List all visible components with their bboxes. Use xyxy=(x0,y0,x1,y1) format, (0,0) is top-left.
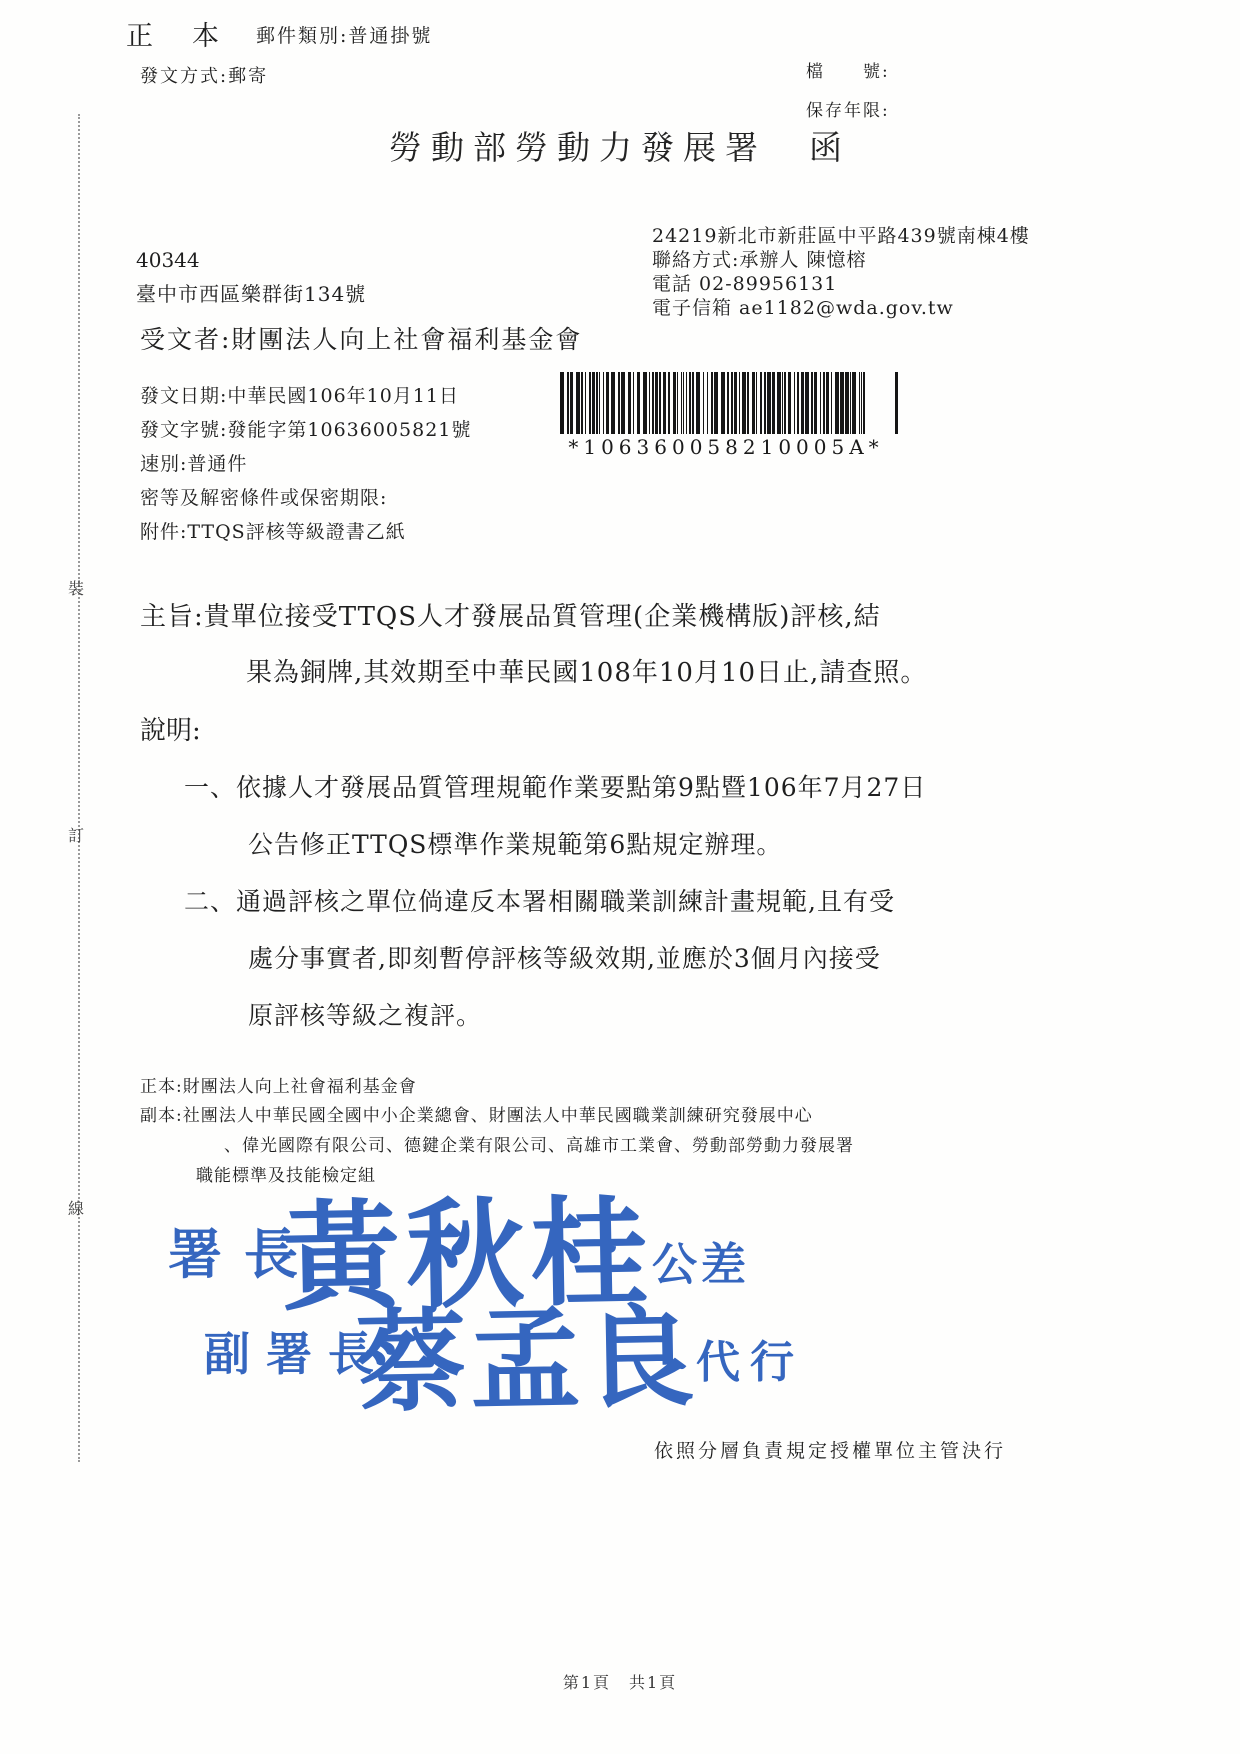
barcode-bars xyxy=(560,372,898,434)
sender-address: 24219新北市新莊區中平路439號南棟4樓 xyxy=(652,224,1030,248)
original-copy-line: 正本:財團法人向上社會福利基金會 xyxy=(140,1072,417,1097)
explanation-item1-line2: 公告修正TTQS標準作業規範第6點規定辦理。 xyxy=(248,825,782,861)
copy-type-label: 正 本 xyxy=(126,14,225,53)
barcode: *106360058210005A* xyxy=(560,372,892,464)
acting-on-behalf-note: 代行 xyxy=(696,1326,804,1390)
page-number: 第1頁 共1頁 xyxy=(0,1670,1240,1693)
binding-mark-ding: 訂 xyxy=(68,823,84,846)
document-title: 勞動部勞動力發展署 函 xyxy=(0,122,1240,169)
binding-dotted-line xyxy=(78,114,80,1462)
file-number-label: 檔 號: xyxy=(806,57,890,82)
binding-mark-zhuang: 裝 xyxy=(68,576,84,599)
issue-date: 發文日期:中華民國106年10月11日 xyxy=(140,381,459,408)
sender-contact-block: 24219新北市新莊區中平路439號南棟4樓 聯絡方式:承辦人 陳憶榕 電話 0… xyxy=(652,224,1030,320)
document-number: 發文字號:發能字第10636005821號 xyxy=(140,415,471,442)
explanation-item2-line3: 原評核等級之複評。 xyxy=(248,996,482,1032)
cc-line-1: 副本:社團法人中華民國全國中小企業總會、財團法人中華民國職業訓練研究發展中心 xyxy=(140,1101,813,1126)
authorization-note: 依照分層負責規定授權單位主管決行 xyxy=(654,1436,1006,1463)
subject-line-2: 果為銅牌,其效期至中華民國108年10月10日止,請查照。 xyxy=(246,652,927,689)
explanation-heading: 說明: xyxy=(140,710,201,747)
retention-period-label: 保存年限: xyxy=(806,96,890,121)
receiver-line: 受文者:財團法人向上社會福利基金會 xyxy=(140,320,582,356)
subject-line-1: 主旨:貴單位接受TTQS人才發展品質管理(企業機構版)評核,結 xyxy=(140,596,881,633)
explanation-item2-line2: 處分事實者,即刻暫停評核等級效期,並應於3個月內接受 xyxy=(248,939,881,975)
binding-mark-xian: 線 xyxy=(68,1196,84,1219)
barcode-text: *106360058210005A* xyxy=(560,435,892,459)
sender-contact: 聯絡方式:承辦人 陳憶榕 xyxy=(652,248,1030,272)
sender-email: 電子信箱 ae1182@wda.gov.tw xyxy=(652,296,1030,320)
recipient-address: 臺中市西區樂群街134號 xyxy=(136,278,366,307)
security-class: 密等及解密條件或保密期限: xyxy=(140,483,387,510)
mail-class-label: 郵件類別:普通掛號 xyxy=(256,21,432,48)
deputy-director-general-name-stamp: 蔡孟良 xyxy=(355,1269,700,1433)
speed-class: 速別:普通件 xyxy=(140,449,247,476)
cc-line-2: 、偉光國際有限公司、德鍵企業有限公司、高雄市工業會、勞動部勞動力發展署 xyxy=(224,1131,854,1156)
attachment-line: 附件:TTQS評核等級證書乙紙 xyxy=(140,517,406,544)
sender-phone: 電話 02-89956131 xyxy=(652,272,1030,296)
delivery-method-label: 發文方式:郵寄 xyxy=(140,62,268,88)
official-letter-page: 正 本 郵件類別:普通掛號 發文方式:郵寄 檔 號: 保存年限: 勞動部勞動力發… xyxy=(0,0,1240,1754)
recipient-zip: 40344 xyxy=(136,248,200,272)
explanation-item1-line1: 一、依據人才發展品質管理規範作業要點第9點暨106年7月27日 xyxy=(184,768,926,804)
explanation-item2-line1: 二、通過評核之單位倘違反本署相關職業訓練計畫規範,且有受 xyxy=(184,882,895,918)
